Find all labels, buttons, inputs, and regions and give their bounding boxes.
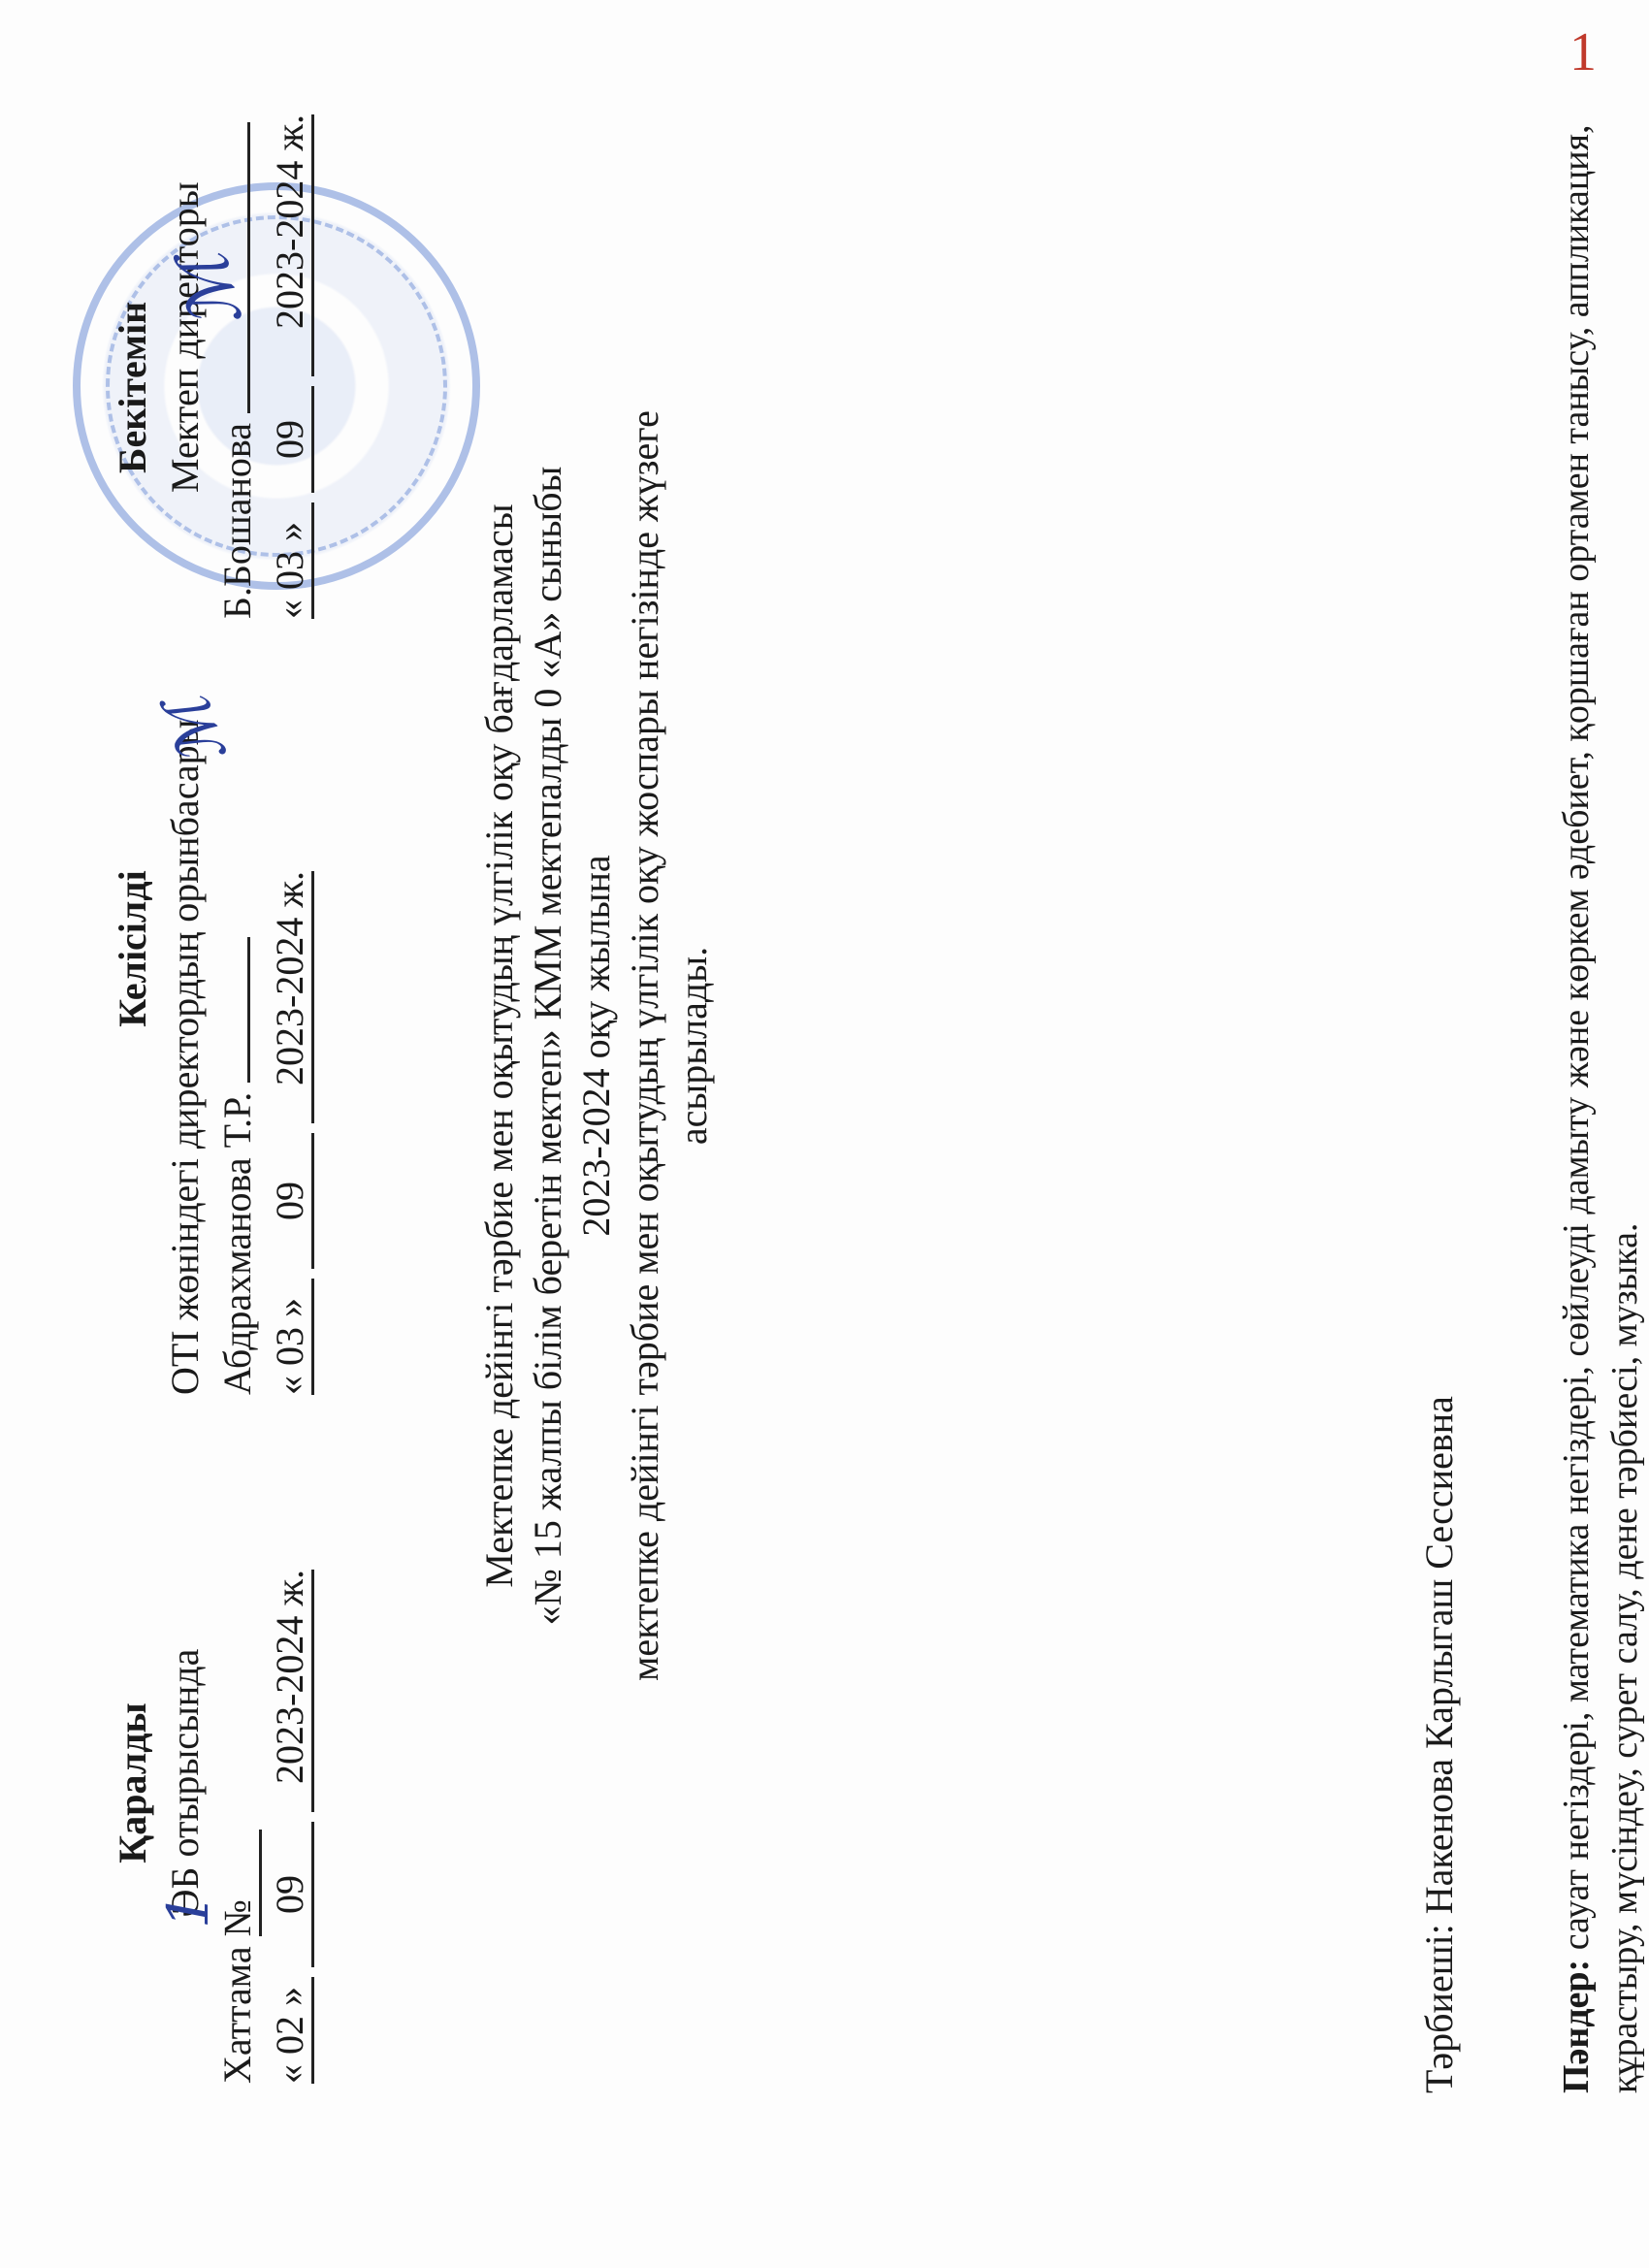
confirmation-date-day: « 03 » xyxy=(269,502,314,619)
agreement-date-month: 09 xyxy=(269,1133,314,1269)
agreement-block: Келісілді ОТІ жөніндегі директордың орын… xyxy=(107,502,316,1395)
approval-date: « 02 » 09 2023-2024 ж. xyxy=(264,1482,316,2084)
subjects-paragraph: Пәндер: сауат негіздері, математика негі… xyxy=(1552,56,1649,2093)
confirmation-date-year: 2023-2024 ж. xyxy=(269,114,314,376)
agreement-signatory: Абдрахманова Т.Р. xyxy=(211,502,264,1395)
subjects-list: сауат негіздері, математика негіздері, с… xyxy=(1556,124,1645,2093)
agreement-date-day: « 03 » xyxy=(269,1279,314,1395)
approval-meeting: ӘБ отырысында xyxy=(159,1482,211,2084)
agreement-date: « 03 » 09 2023-2024 ж. xyxy=(264,502,316,1395)
title-line-4: мектепке дейінгі тәрбие мен оқытудың үлг… xyxy=(621,367,718,1725)
approval-protocol: Хаттама № xyxy=(211,1482,264,2084)
confirmation-signature-line xyxy=(247,122,250,413)
teacher-name: Накенова Карлыгаш Сессиевна xyxy=(1417,1396,1461,1914)
teacher-line: Тәрбиеші: Накенова Карлыгаш Сессиевна xyxy=(1416,1396,1462,2093)
protocol-number-field: № xyxy=(216,1830,262,1936)
agreement-name: Абдрахманова Т.Р. xyxy=(215,1092,259,1395)
protocol-number-handwritten: 1 xyxy=(155,1893,221,1928)
approval-date-year: 2023-2024 ж. xyxy=(269,1570,314,1812)
agreement-position: ОТІ жөніндегі директордың орынбасары xyxy=(159,502,211,1395)
approval-block: Қаралды ӘБ отырысында Хаттама № « 02 » 0… xyxy=(107,1482,316,2084)
agreement-signature-line xyxy=(247,937,250,1083)
title-line-1: Мектепке дейінгі тәрбие мен оқытудың үлг… xyxy=(475,367,524,1725)
confirmation-heading: Бекітемін xyxy=(107,0,159,619)
document-page: Қаралды ӘБ отырысында Хаттама № « 02 » 0… xyxy=(0,0,1649,2268)
approval-date-month: 09 xyxy=(269,1822,314,1967)
confirmation-name: Б.Бошанова xyxy=(215,423,259,619)
confirmation-date: « 03 » 09 2023-2024 ж. xyxy=(264,0,316,619)
approval-heading: Қаралды xyxy=(107,1482,159,2084)
page-number-mark: 1 xyxy=(1569,21,1597,83)
teacher-label: Тәрбиеші: xyxy=(1417,1924,1461,2093)
subjects-label: Пәндер: xyxy=(1556,1960,1597,2093)
confirmation-date-month: 09 xyxy=(269,386,314,493)
title-line-2: «№ 15 жалпы білім беретін мектеп» КММ ме… xyxy=(524,367,572,1725)
agreement-date-year: 2023-2024 ж. xyxy=(269,871,314,1123)
title-line-3: 2023-2024 оқу жылына xyxy=(572,367,621,1725)
protocol-label: Хаттама xyxy=(215,1946,259,2084)
approval-date-day: « 02 » xyxy=(269,1977,314,2084)
agreement-heading: Келісілді xyxy=(107,502,159,1395)
document-title: Мектепке дейінгі тәрбие мен оқытудың үлг… xyxy=(475,367,718,1725)
